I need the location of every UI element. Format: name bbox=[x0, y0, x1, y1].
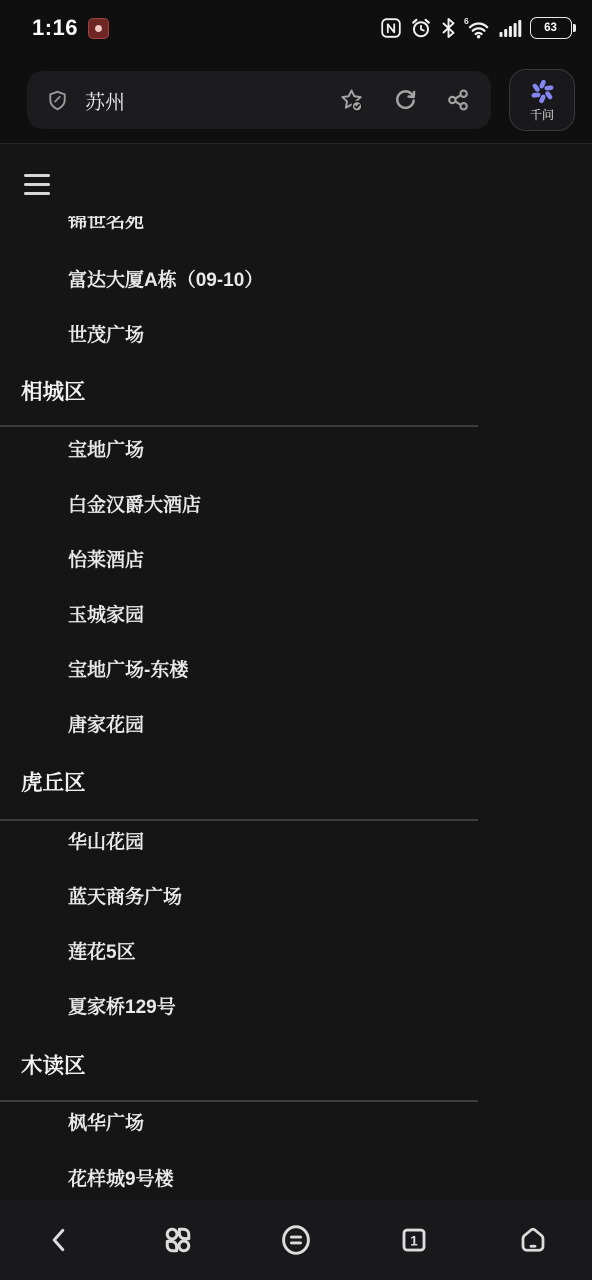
district-header: 相城区 bbox=[21, 378, 86, 406]
alarm-icon bbox=[409, 16, 433, 40]
share-icon[interactable] bbox=[445, 87, 471, 113]
location-item[interactable]: 莲花5区 bbox=[68, 940, 136, 966]
address-bar[interactable]: 苏州 bbox=[27, 71, 491, 129]
bookmark-star-check-icon[interactable] bbox=[338, 87, 365, 114]
section-divider bbox=[0, 425, 478, 427]
tabs-icon: 1 bbox=[399, 1225, 429, 1255]
district-header: 虎丘区 bbox=[21, 769, 86, 797]
address-bar-actions bbox=[338, 87, 471, 114]
bottom-nav-bar: 1 bbox=[0, 1200, 592, 1280]
wifi-6-icon: 6 bbox=[464, 16, 491, 40]
reader-menu-icon bbox=[280, 1224, 312, 1256]
location-item[interactable]: 花样城9号楼 bbox=[68, 1167, 174, 1193]
home-icon bbox=[518, 1225, 548, 1255]
hamburger-menu-icon[interactable] bbox=[24, 174, 50, 195]
tabs-button[interactable]: 1 bbox=[384, 1210, 444, 1270]
status-time: 1:16 bbox=[32, 15, 78, 41]
district-header: 木读区 bbox=[21, 1052, 86, 1080]
location-item[interactable]: 锦世名苑 bbox=[68, 209, 144, 235]
screen-record-indicator-icon bbox=[88, 18, 109, 39]
battery-level: 63 bbox=[544, 22, 557, 34]
location-item[interactable]: 夏家桥129号 bbox=[68, 995, 176, 1021]
qianwen-logo-icon bbox=[529, 78, 556, 105]
site-security-shield-icon[interactable] bbox=[46, 89, 69, 112]
nfc-icon bbox=[380, 17, 402, 39]
status-bar: 1:16 6 bbox=[0, 0, 592, 56]
qianwen-assistant-button[interactable]: 千问 bbox=[509, 69, 575, 131]
tab-count: 1 bbox=[411, 1233, 419, 1248]
browser-screen: 1:16 6 bbox=[0, 0, 592, 1280]
browser-chrome: 1:16 6 bbox=[0, 0, 592, 143]
location-item[interactable]: 富达大厦A栋（09-10） bbox=[68, 268, 263, 294]
battery-icon: 63 bbox=[530, 17, 577, 39]
reader-menu-button[interactable] bbox=[266, 1210, 326, 1270]
back-button[interactable] bbox=[29, 1210, 89, 1270]
location-item[interactable]: 怡莱酒店 bbox=[68, 548, 144, 574]
status-left: 1:16 bbox=[32, 15, 109, 41]
location-item[interactable]: 宝地广场 bbox=[68, 438, 144, 464]
location-item[interactable]: 白金汉爵大酒店 bbox=[68, 493, 201, 519]
back-icon bbox=[46, 1225, 72, 1255]
location-item[interactable]: 宝地广场-东楼 bbox=[68, 658, 188, 684]
home-button[interactable] bbox=[503, 1210, 563, 1270]
signal-bars-icon bbox=[498, 16, 523, 40]
section-divider bbox=[0, 819, 478, 821]
address-bar-row: 苏州 bbox=[27, 71, 575, 129]
location-item[interactable]: 华山花园 bbox=[68, 830, 144, 856]
page-content: 锦世名苑 富达大厦A栋（09-10） 世茂广场 相城区 宝地广场 白金汉爵大酒店… bbox=[0, 144, 592, 1200]
bluetooth-icon bbox=[440, 16, 457, 40]
status-icons: 6 63 bbox=[380, 16, 577, 40]
location-item[interactable]: 唐家花园 bbox=[68, 713, 144, 739]
location-item[interactable]: 蓝天商务广场 bbox=[68, 885, 182, 911]
quark-menu-icon bbox=[163, 1225, 193, 1255]
svg-text:6: 6 bbox=[464, 16, 469, 26]
refresh-icon[interactable] bbox=[392, 87, 418, 113]
qianwen-label: 千问 bbox=[530, 106, 554, 123]
location-item[interactable]: 枫华广场 bbox=[68, 1111, 144, 1137]
location-item[interactable]: 世茂广场 bbox=[68, 323, 144, 349]
address-bar-query: 苏州 bbox=[85, 86, 338, 115]
section-divider bbox=[0, 1100, 478, 1102]
location-item[interactable]: 玉城家园 bbox=[68, 603, 144, 629]
quark-menu-button[interactable] bbox=[148, 1210, 208, 1270]
